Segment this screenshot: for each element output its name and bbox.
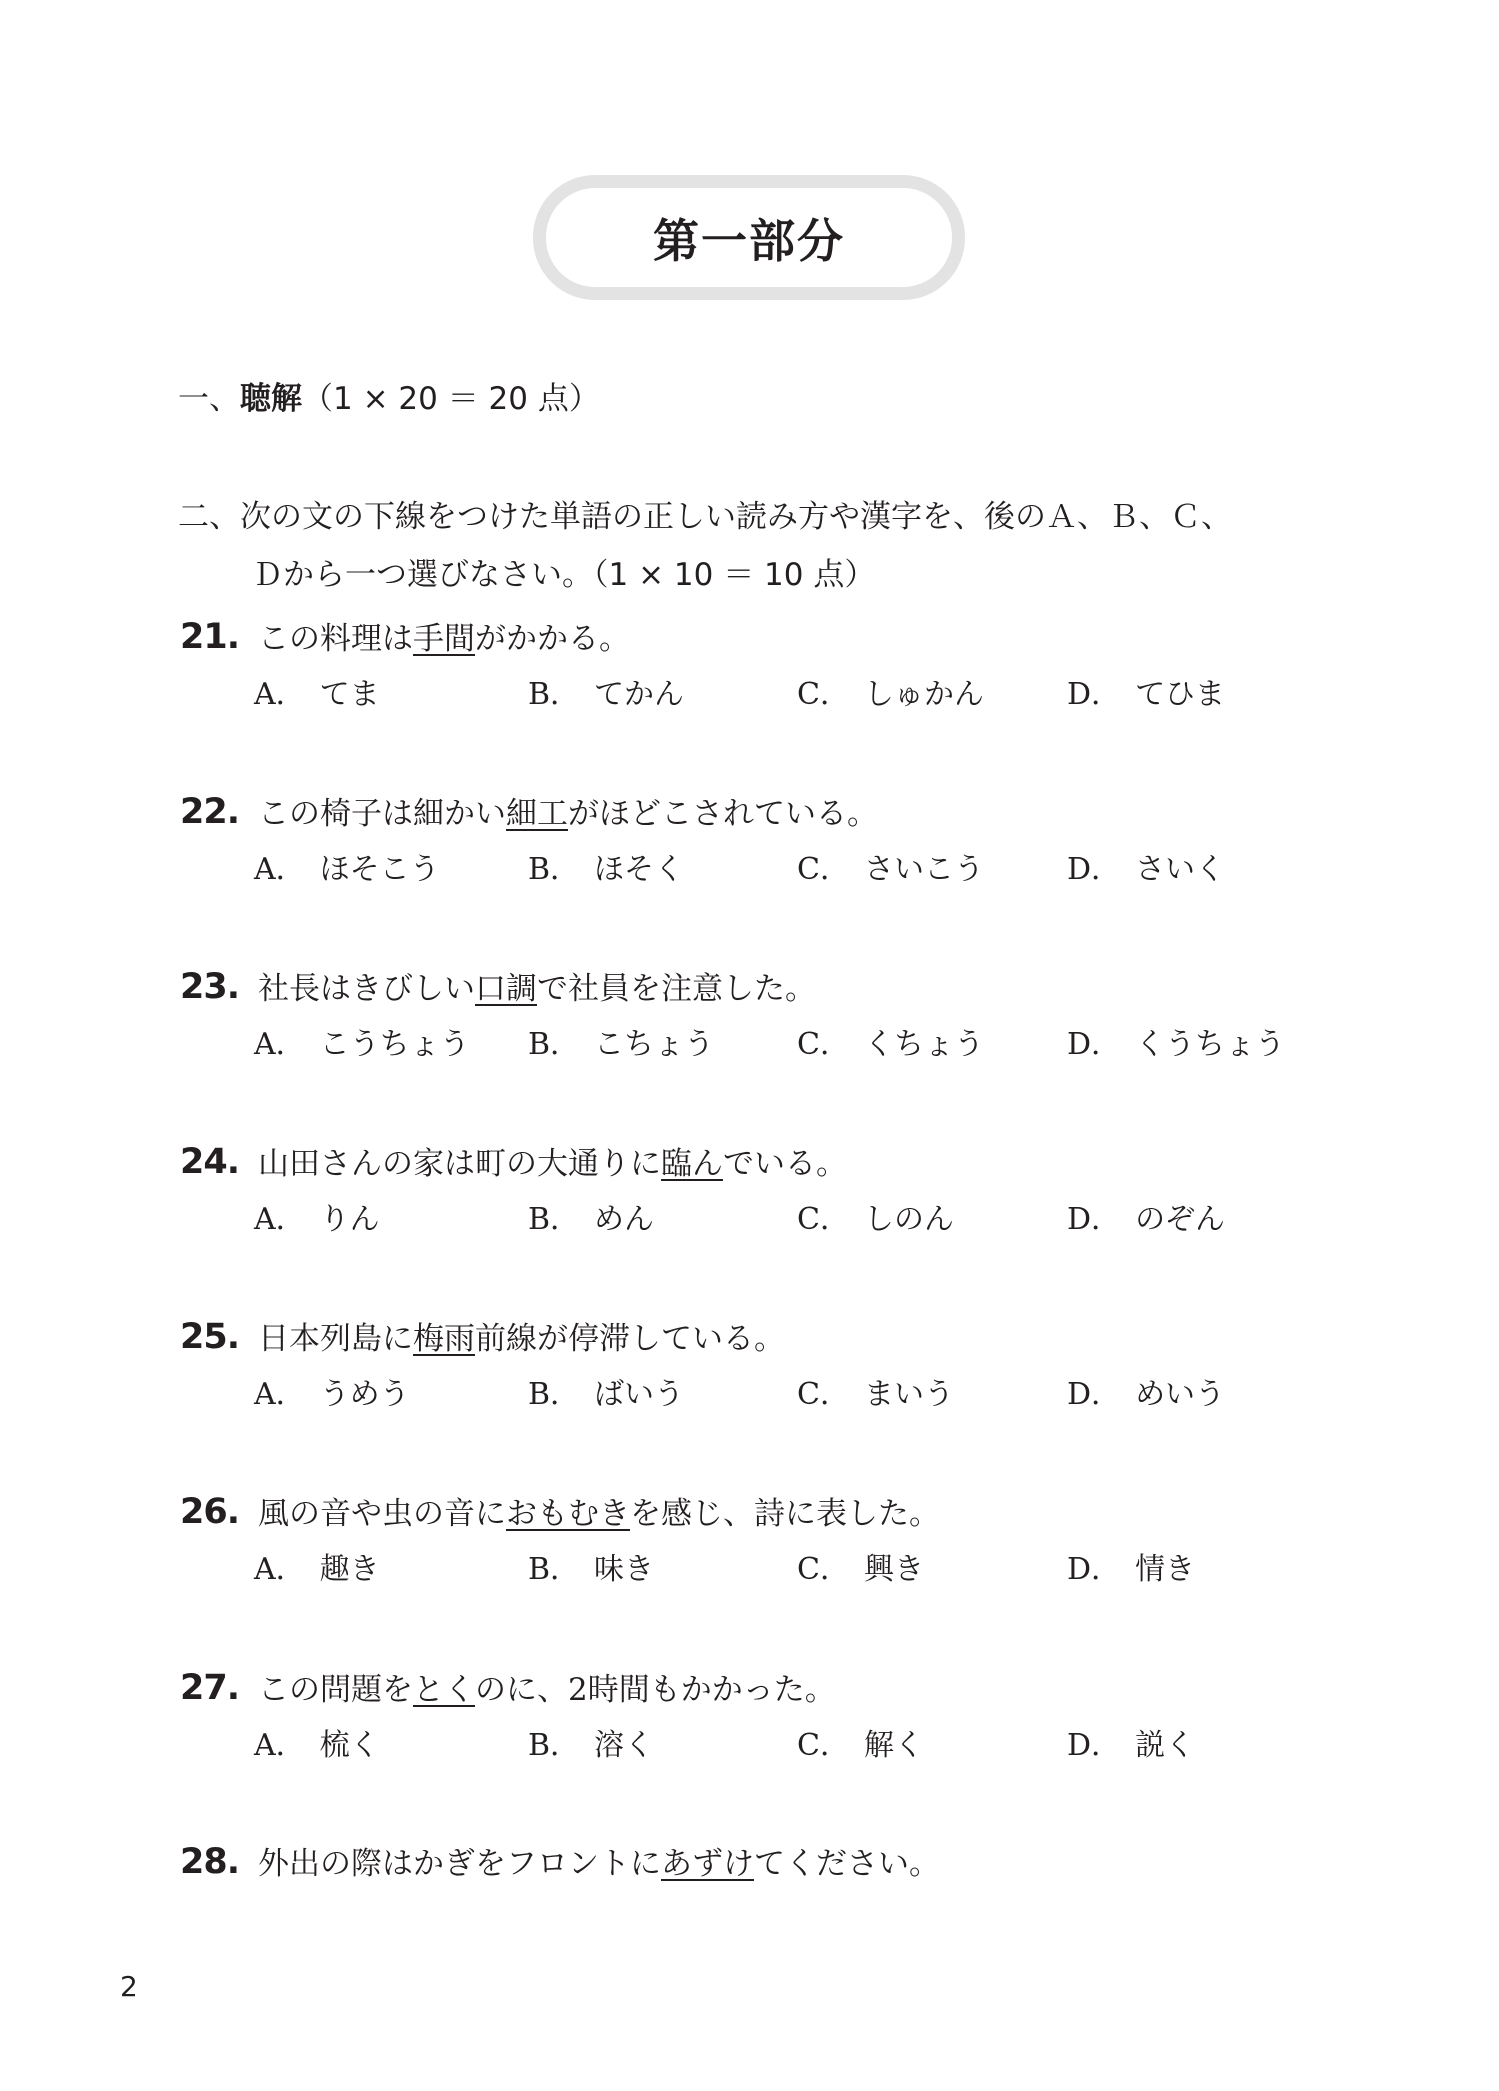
option-b[interactable]: B．ばいう: [528, 1375, 684, 1415]
option-letter: B．: [528, 1728, 580, 1763]
option-text: しゅかん: [864, 677, 984, 712]
text-before: 外出の際はかぎをフロントに: [258, 1846, 661, 1882]
option-letter: B．: [528, 1027, 580, 1062]
option-text: しのん: [864, 1202, 954, 1237]
option-a[interactable]: A．てま: [254, 675, 380, 715]
underlined-word: とく: [413, 1672, 475, 1708]
option-d[interactable]: D．のぞん: [1067, 1200, 1225, 1240]
section-2-number: 二、: [178, 499, 240, 535]
question-number: 27.: [180, 1668, 239, 1708]
text-after: のに、2時間もかかった。: [475, 1672, 836, 1708]
question-21: 21. この料理は手間がかかる。 A．てま B．てかん C．しゅかん D．てひま: [180, 617, 1380, 715]
option-d[interactable]: D．情き: [1067, 1550, 1195, 1590]
option-letter: A．: [254, 1728, 306, 1763]
option-text: 味き: [594, 1552, 654, 1587]
page-number: 2: [120, 1970, 138, 2004]
option-letter: D．: [1067, 1552, 1121, 1587]
option-text: まいう: [864, 1377, 954, 1412]
options: A．趣き B．味き C．興き D．情き: [180, 1550, 1380, 1590]
option-letter: D．: [1067, 1027, 1121, 1062]
question-text: この問題をとくのに、2時間もかかった。: [258, 1670, 836, 1710]
option-c[interactable]: C．しゅかん: [797, 675, 984, 715]
option-letter: A．: [254, 677, 306, 712]
option-a[interactable]: A．ほそこう: [254, 850, 440, 890]
text-after: がほどこされている。: [568, 796, 878, 832]
option-a[interactable]: A．梳く: [254, 1726, 380, 1766]
option-b[interactable]: B．こちょう: [528, 1025, 714, 1065]
option-text: ばいう: [594, 1377, 684, 1412]
option-a[interactable]: A．うめう: [254, 1375, 410, 1415]
option-letter: B．: [528, 677, 580, 712]
part-title-box: 第一部分: [533, 175, 965, 300]
underlined-word: おもむき: [506, 1496, 630, 1532]
option-d[interactable]: D．さいく: [1067, 850, 1225, 890]
option-d[interactable]: D．くうちょう: [1067, 1025, 1285, 1065]
option-letter: C．: [797, 1552, 850, 1587]
question-text: この料理は手間がかかる。: [258, 619, 630, 659]
option-c[interactable]: C．解く: [797, 1726, 924, 1766]
question-24: 24. 山田さんの家は町の大通りに臨んでいる。 A．りん B．めん C．しのん …: [180, 1142, 1380, 1240]
option-c[interactable]: C．くちょう: [797, 1025, 984, 1065]
option-letter: D．: [1067, 852, 1121, 887]
part-title: 第一部分: [653, 205, 845, 271]
section-1-heading: 一、聴解（1 × 20 ＝ 20 点）: [178, 370, 600, 428]
option-letter: C．: [797, 1202, 850, 1237]
option-text: さいこう: [864, 852, 984, 887]
option-text: うめう: [320, 1377, 410, 1412]
option-letter: A．: [254, 852, 306, 887]
option-letter: A．: [254, 1027, 306, 1062]
option-b[interactable]: B．めん: [528, 1200, 654, 1240]
section-1-label: 聴解: [240, 381, 302, 417]
text-before: 風の音や虫の音に: [258, 1496, 506, 1532]
option-b[interactable]: B．ほそく: [528, 850, 684, 890]
option-text: 趣き: [320, 1552, 380, 1587]
option-letter: B．: [528, 1202, 580, 1237]
options: A．うめう B．ばいう C．まいう D．めいう: [180, 1375, 1380, 1415]
option-text: 梳く: [320, 1728, 380, 1763]
underlined-word: 口調: [475, 971, 537, 1007]
text-after: 前線が停滞している。: [475, 1321, 785, 1357]
question-23: 23. 社長はきびしい口調で社員を注意した。 A．こうちょう B．こちょう C．…: [180, 967, 1380, 1065]
option-text: 興き: [864, 1552, 924, 1587]
option-letter: D．: [1067, 1728, 1121, 1763]
option-letter: C．: [797, 1027, 850, 1062]
option-b[interactable]: B．てかん: [528, 675, 684, 715]
text-before: この問題を: [258, 1672, 413, 1708]
underlined-word: 手間: [413, 621, 475, 657]
question-number: 22.: [180, 792, 239, 832]
option-letter: A．: [254, 1552, 306, 1587]
text-after: を感じ、詩に表した。: [630, 1496, 940, 1532]
option-letter: D．: [1067, 1377, 1121, 1412]
question-number: 24.: [180, 1142, 239, 1182]
option-text: めいう: [1135, 1377, 1225, 1412]
option-text: めん: [594, 1202, 654, 1237]
question-number: 25.: [180, 1317, 239, 1357]
question-number: 28.: [180, 1842, 239, 1882]
option-text: のぞん: [1135, 1202, 1225, 1237]
underlined-word: 臨ん: [661, 1146, 723, 1182]
text-after: でいる。: [723, 1146, 847, 1182]
option-text: 溶く: [594, 1728, 654, 1763]
text-before: 山田さんの家は町の大通りに: [258, 1146, 661, 1182]
question-text: 風の音や虫の音におもむきを感じ、詩に表した。: [258, 1494, 940, 1534]
options: A．梳く B．溶く C．解く D．説く: [180, 1726, 1380, 1766]
option-letter: D．: [1067, 677, 1121, 712]
option-letter: A．: [254, 1377, 306, 1412]
underlined-word: 梅雨: [413, 1321, 475, 1357]
option-letter: C．: [797, 1728, 850, 1763]
option-text: てかん: [594, 677, 684, 712]
option-letter: C．: [797, 852, 850, 887]
question-text: 外出の際はかぎをフロントにあずけてください。: [258, 1844, 940, 1884]
text-before: 日本列島に: [258, 1321, 413, 1357]
option-letter: B．: [528, 852, 580, 887]
text-before: 社長はきびしい: [258, 971, 475, 1007]
text-after: がかかる。: [475, 621, 630, 657]
option-letter: A．: [254, 1202, 306, 1237]
question-22: 22. この椅子は細かい細工がほどこされている。 A．ほそこう B．ほそく C．…: [180, 792, 1380, 890]
option-text: くちょう: [864, 1027, 984, 1062]
option-text: 説く: [1135, 1728, 1195, 1763]
section-1-number: 一、: [178, 381, 240, 417]
question-27: 27. この問題をとくのに、2時間もかかった。 A．梳く B．溶く C．解く D…: [180, 1668, 1380, 1766]
options: A．りん B．めん C．しのん D．のぞん: [180, 1200, 1380, 1240]
option-text: こちょう: [594, 1027, 714, 1062]
option-text: こうちょう: [320, 1027, 470, 1062]
option-d[interactable]: D．めいう: [1067, 1375, 1225, 1415]
question-text: 社長はきびしい口調で社員を注意した。: [258, 969, 816, 1009]
option-letter: C．: [797, 1377, 850, 1412]
option-text: ほそこう: [320, 852, 440, 887]
text-before: この椅子は細かい: [258, 796, 506, 832]
section-2-heading: 二、次の文の下線をつけた単語の正しい読み方や漢字を、後のＡ、Ｂ、Ｃ、 Ｄから一つ…: [178, 488, 1232, 604]
section-2-instructions-line1: 次の文の下線をつけた単語の正しい読み方や漢字を、後のＡ、Ｂ、Ｃ、: [240, 499, 1232, 535]
option-c[interactable]: C．興き: [797, 1550, 924, 1590]
option-letter: D．: [1067, 1202, 1121, 1237]
question-text: 日本列島に梅雨前線が停滞している。: [258, 1319, 785, 1359]
option-text: さいく: [1135, 852, 1225, 887]
option-a[interactable]: A．趣き: [254, 1550, 380, 1590]
text-before: この料理は: [258, 621, 413, 657]
option-b[interactable]: B．溶く: [528, 1726, 654, 1766]
question-number: 26.: [180, 1492, 239, 1532]
option-letter: B．: [528, 1552, 580, 1587]
section-1-score: （1 × 20 ＝ 20 点）: [302, 381, 600, 417]
option-text: 情き: [1135, 1552, 1195, 1587]
question-text: 山田さんの家は町の大通りに臨んでいる。: [258, 1144, 847, 1184]
option-text: りん: [320, 1202, 380, 1237]
question-text: この椅子は細かい細工がほどこされている。: [258, 794, 878, 834]
text-after: で社員を注意した。: [537, 971, 816, 1007]
options: A．ほそこう B．ほそく C．さいこう D．さいく: [180, 850, 1380, 890]
option-d[interactable]: D．てひま: [1067, 675, 1225, 715]
option-text: ほそく: [594, 852, 684, 887]
option-letter: C．: [797, 677, 850, 712]
options: A．てま B．てかん C．しゅかん D．てひま: [180, 675, 1380, 715]
question-25: 25. 日本列島に梅雨前線が停滞している。 A．うめう B．ばいう C．まいう …: [180, 1317, 1380, 1415]
option-c[interactable]: C．しのん: [797, 1200, 954, 1240]
options: A．こうちょう B．こちょう C．くちょう D．くうちょう: [180, 1025, 1380, 1065]
option-text: 解く: [864, 1728, 924, 1763]
question-number: 23.: [180, 967, 239, 1007]
question-26: 26. 風の音や虫の音におもむきを感じ、詩に表した。 A．趣き B．味き C．興…: [180, 1492, 1380, 1590]
section-2-instructions-line2: Ｄから一つ選びなさい。（1 × 10 ＝ 10 点）: [178, 546, 1232, 604]
question-28: 28. 外出の際はかぎをフロントにあずけてください。: [180, 1842, 1380, 1882]
option-c[interactable]: C．さいこう: [797, 850, 984, 890]
option-a[interactable]: A．りん: [254, 1200, 380, 1240]
question-number: 21.: [180, 617, 239, 657]
option-text: くうちょう: [1135, 1027, 1285, 1062]
exam-page: 第一部分 一、聴解（1 × 20 ＝ 20 点） 二、次の文の下線をつけた単語の…: [0, 0, 1499, 2091]
option-text: てま: [320, 677, 380, 712]
option-text: てひま: [1135, 677, 1225, 712]
option-c[interactable]: C．まいう: [797, 1375, 954, 1415]
underlined-word: あずけ: [661, 1846, 754, 1882]
option-b[interactable]: B．味き: [528, 1550, 654, 1590]
option-d[interactable]: D．説く: [1067, 1726, 1195, 1766]
underlined-word: 細工: [506, 796, 568, 832]
text-after: てください。: [754, 1846, 940, 1882]
option-letter: B．: [528, 1377, 580, 1412]
option-a[interactable]: A．こうちょう: [254, 1025, 470, 1065]
